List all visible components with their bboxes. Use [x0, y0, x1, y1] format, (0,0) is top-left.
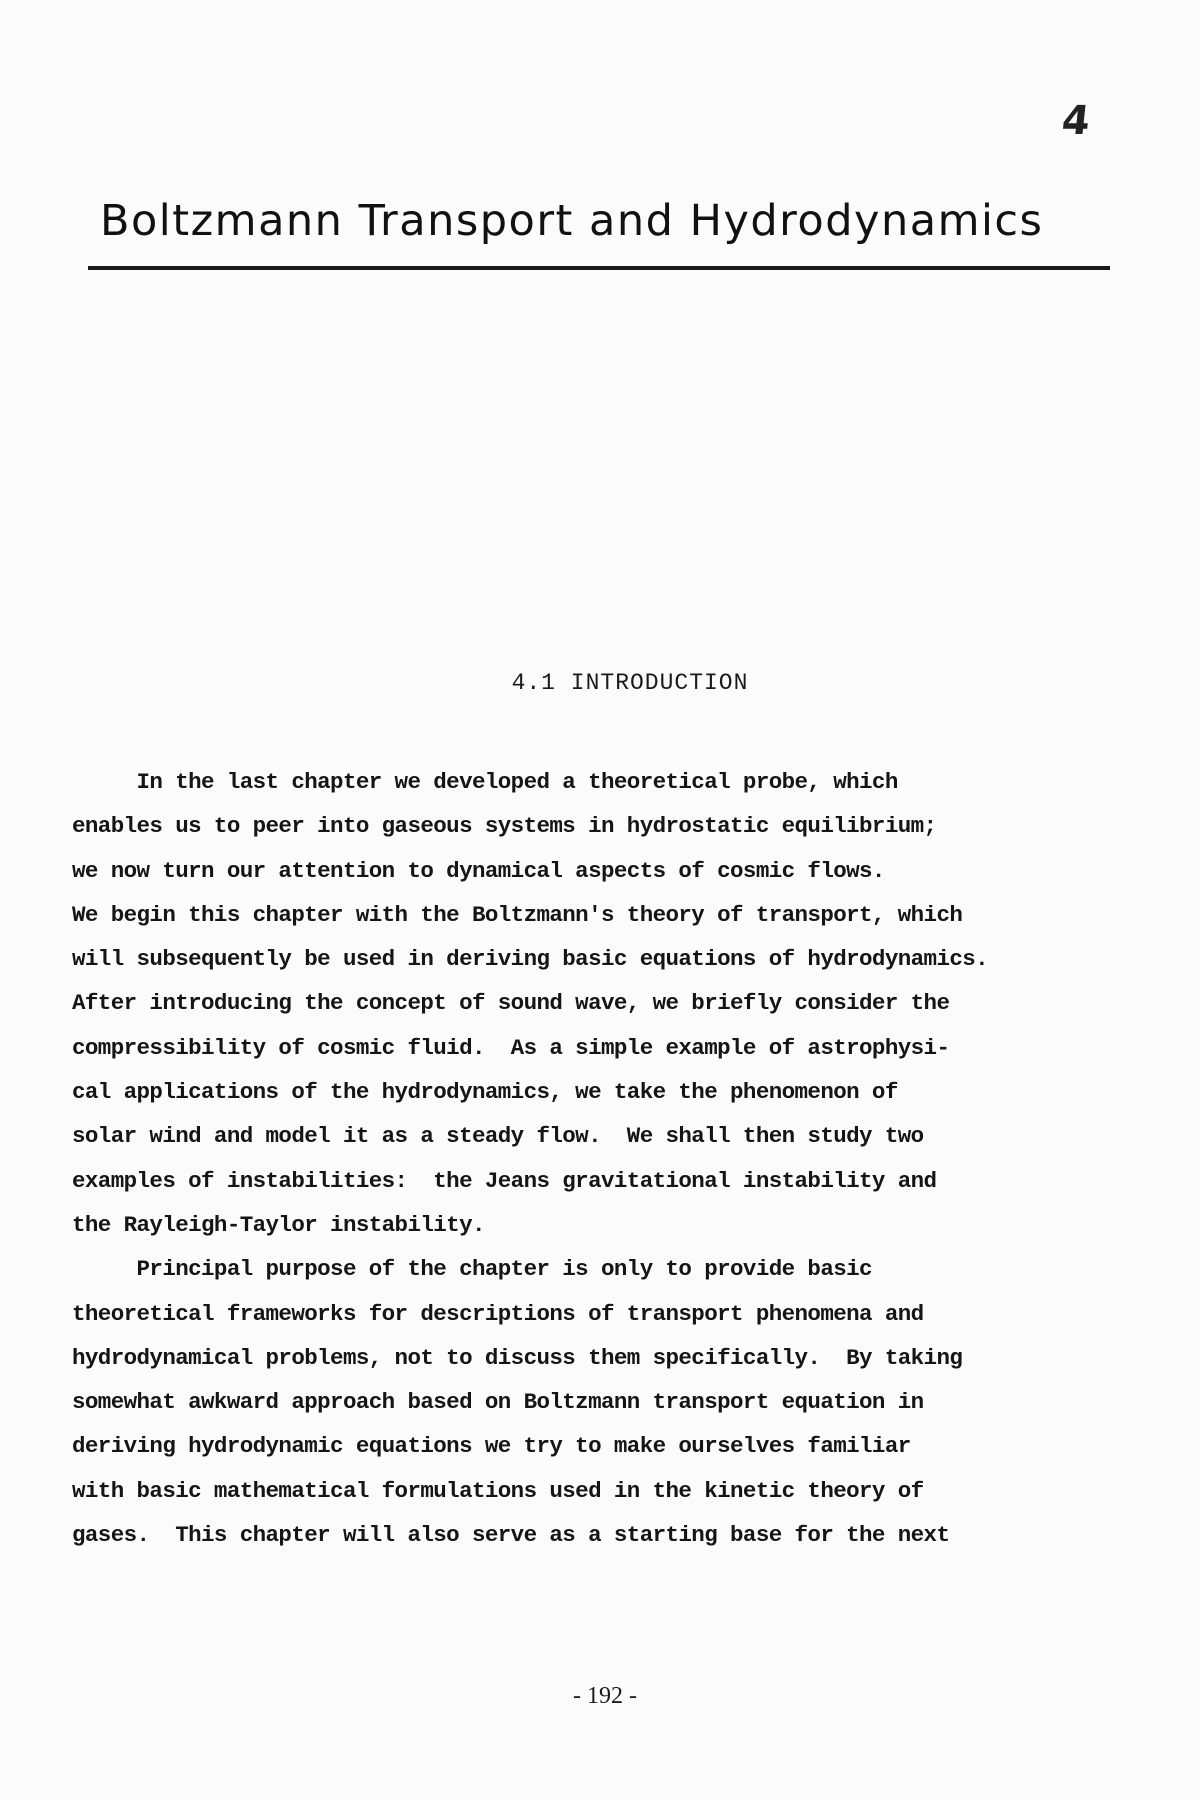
- body-line: gases. This chapter will also serve as a…: [72, 1513, 1172, 1557]
- title-underline-rule: [88, 266, 1110, 270]
- body-line: compressibility of cosmic fluid. As a si…: [72, 1026, 1172, 1070]
- body-line: will subsequently be used in deriving ba…: [72, 937, 1172, 981]
- body-text: In the last chapter we developed a theor…: [72, 760, 1172, 1557]
- page-number: - 192 -: [0, 1683, 1200, 1710]
- body-line: deriving hydrodynamic equations we try t…: [72, 1424, 1172, 1468]
- body-line: cal applications of the hydrodynamics, w…: [72, 1070, 1172, 1114]
- chapter-title: Boltzmann Transport and Hydrodynamics: [100, 196, 1110, 246]
- body-line: examples of instabilities: the Jeans gra…: [72, 1159, 1172, 1203]
- body-line: After introducing the concept of sound w…: [72, 981, 1172, 1025]
- chapter-number: 4: [1060, 98, 1093, 144]
- body-line: In the last chapter we developed a theor…: [72, 760, 1172, 804]
- body-line: We begin this chapter with the Boltzmann…: [72, 893, 1172, 937]
- body-line: with basic mathematical formulations use…: [72, 1469, 1172, 1513]
- body-line: enables us to peer into gaseous systems …: [72, 804, 1172, 848]
- body-line: the Rayleigh-Taylor instability.: [72, 1203, 1172, 1247]
- body-line: we now turn our attention to dynamical a…: [72, 849, 1172, 893]
- body-line: Principal purpose of the chapter is only…: [72, 1247, 1172, 1291]
- body-line: hydrodynamical problems, not to discuss …: [72, 1336, 1172, 1380]
- body-line: solar wind and model it as a steady flow…: [72, 1114, 1172, 1158]
- body-line: somewhat awkward approach based on Boltz…: [72, 1380, 1172, 1424]
- body-line: theoretical frameworks for descriptions …: [72, 1292, 1172, 1336]
- section-heading: 4.1 INTRODUCTION: [0, 670, 1200, 696]
